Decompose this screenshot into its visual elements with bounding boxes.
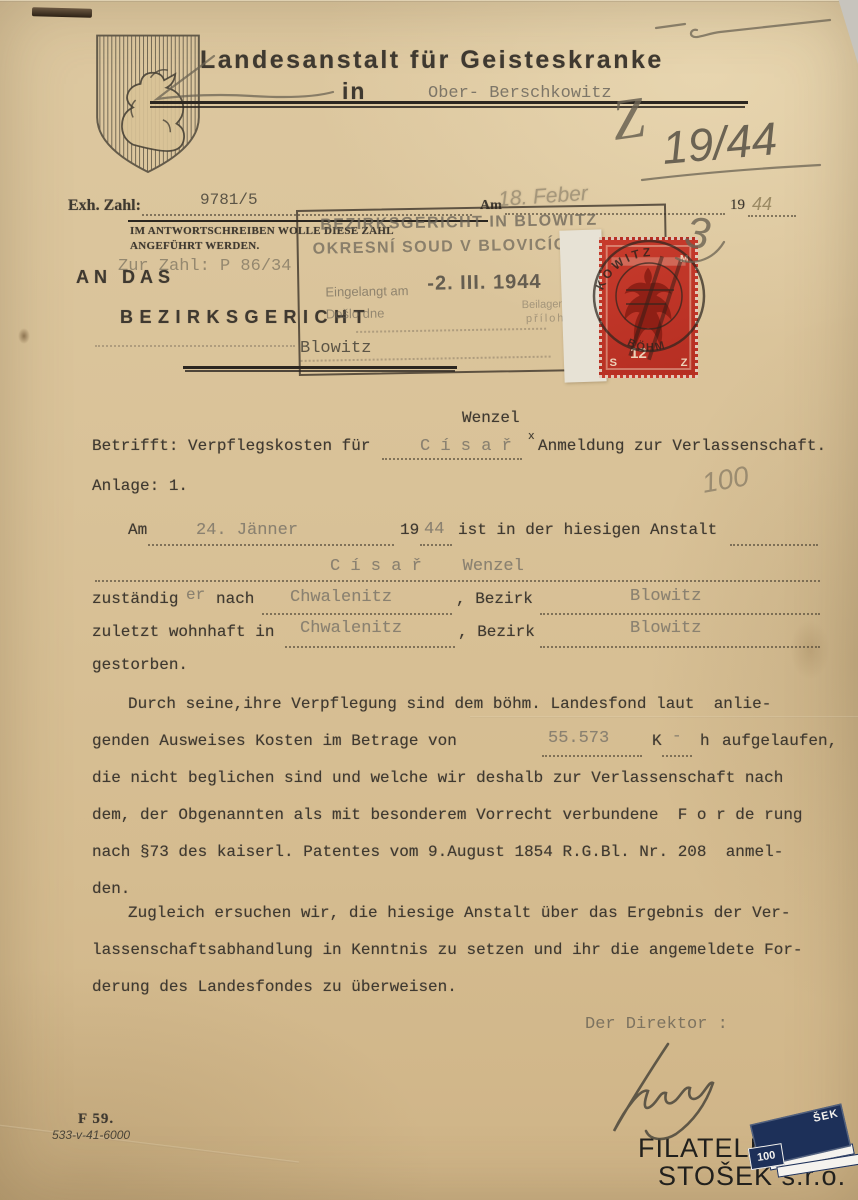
- dotted-line: [730, 544, 818, 546]
- nach-label: nach: [216, 591, 254, 607]
- form-rest-label: ist in der hiesigen Anstalt: [458, 522, 717, 538]
- org-title: Landesanstalt für Geisteskranke: [200, 48, 664, 73]
- dotted-line: [542, 755, 642, 757]
- handwritten-year: 44: [752, 195, 772, 213]
- body-line: derung des Landesfondes zu überweisen.: [92, 979, 457, 995]
- currency-k: K: [652, 733, 662, 749]
- body-line: nach §73 des kaiserl. Patentes vom 9.Aug…: [92, 844, 783, 860]
- ort2-typed: Chwalenitz: [300, 620, 402, 637]
- bezirk2-typed: Blowitz: [630, 620, 701, 637]
- dotted-line: [540, 613, 820, 615]
- dotted-line: [285, 646, 455, 648]
- svg-text:BÖHM: BÖHM: [625, 337, 667, 354]
- eingelangt-label: Eingelangt am: [325, 284, 408, 298]
- dotted-line: [148, 544, 394, 546]
- dotted-line: [382, 458, 522, 460]
- anlage-label: Anlage: 1.: [92, 478, 188, 494]
- year-printed: 19: [730, 198, 745, 213]
- paper-stain: [18, 328, 30, 344]
- coat-of-arms-icon: [86, 30, 210, 180]
- body-line: genden Ausweises Kosten im Betrage von: [92, 733, 457, 749]
- fold-crease: [470, 716, 858, 718]
- amount-typed: 55.573: [548, 730, 609, 747]
- exh-zahl-value: 9781/5: [200, 192, 258, 208]
- dotted-line: [662, 755, 692, 757]
- dotted-line: [95, 345, 295, 347]
- form-code: F 59.: [78, 1112, 114, 1127]
- logo-sek-text: ŠEK: [812, 1107, 840, 1124]
- form-year-typed: 44: [424, 521, 444, 538]
- scanned-document-page: Landesanstalt für Geisteskranke in Ober-…: [0, 0, 858, 1200]
- subject-label: Betrifft: Verpflegskosten für: [92, 438, 370, 454]
- an-das: AN DAS: [76, 268, 175, 286]
- handwritten-ref-number: 19/44: [660, 115, 779, 171]
- director-label: Der Direktor :: [585, 1016, 728, 1033]
- ort1-typed: Chwalenitz: [290, 589, 392, 606]
- body-line: Zugleich ersuchen wir, die hiesige Ansta…: [128, 905, 791, 921]
- body-line: den.: [92, 881, 130, 897]
- note-line2: ANGEFÜHRT WERDEN.: [130, 241, 260, 252]
- gestorben-label: gestorben.: [92, 657, 188, 673]
- subject-suffix: Anmeldung zur Verlassenschaft.: [538, 438, 826, 454]
- doslo-label: Došlo dne: [326, 306, 385, 320]
- exh-zahl-label: Exh. Zahl:: [68, 198, 141, 214]
- currency-h: h: [700, 733, 710, 749]
- body-line: die nicht beglichen sind und welche wir …: [92, 770, 783, 786]
- paper-stain: [790, 620, 830, 680]
- bezirk-label: , Bezirk: [456, 591, 533, 607]
- header-rule: [150, 101, 748, 104]
- postmark-text-bottom: BÖHM: [625, 337, 667, 354]
- er-typed: er: [186, 587, 205, 603]
- amount-dash: -: [672, 728, 682, 744]
- correction-x-mark: x: [528, 432, 535, 443]
- received-stamp-line1: BEZIRKSGERICHT IN BLOWITZ: [320, 213, 598, 234]
- dotted-line: [301, 356, 551, 362]
- priloh-label: příloh: [526, 313, 566, 325]
- form-date-typed: 24. Jänner: [196, 522, 298, 539]
- received-date: -2. III. 1944: [427, 272, 542, 294]
- wohnhaft-label: zuletzt wohnhaft in: [92, 624, 274, 640]
- logo-hundred-text: 100: [756, 1149, 776, 1164]
- body-line: aufgelaufen,: [722, 733, 837, 749]
- deceased-name-typed: C í s a ř Wenzel: [330, 558, 524, 575]
- staple-mark: [32, 7, 92, 18]
- dotted-line: [748, 215, 796, 217]
- dotted-line: [420, 544, 452, 546]
- dotted-line: [356, 328, 546, 333]
- org-location-typed: Ober- Berschkowitz: [428, 85, 612, 102]
- body-line: lassenschaftsabhandlung in Kenntnis zu s…: [92, 942, 803, 958]
- header-rule: [150, 106, 745, 108]
- body-line: dem, der Obgenannten als mit besonderem …: [92, 807, 803, 823]
- subject-surname-typed: C í s a ř: [420, 438, 512, 455]
- print-code: 533-v-41-6000: [52, 1129, 130, 1141]
- body-line: Durch seine,ihre Verpflegung sind dem bö…: [128, 696, 771, 712]
- received-stamp-line2: OKRESNÍ SOUD V BLOVICÍCH: [313, 237, 580, 258]
- org-in-label: in: [342, 80, 366, 103]
- zustaendig-label: zuständig: [92, 591, 178, 607]
- bezirk1-typed: Blowitz: [630, 588, 701, 605]
- beilagen-label: Beilagen: [522, 299, 565, 311]
- subject-firstname-typed: Wenzel: [462, 410, 520, 426]
- dotted-line: [540, 646, 820, 648]
- fold-crease: [0, 0, 858, 2]
- dotted-line: [95, 580, 820, 582]
- bezirk-label2: , Bezirk: [458, 624, 535, 640]
- dotted-line: [262, 613, 452, 615]
- form-am-label: Am: [128, 522, 147, 538]
- form-year-printed: 19: [400, 522, 419, 538]
